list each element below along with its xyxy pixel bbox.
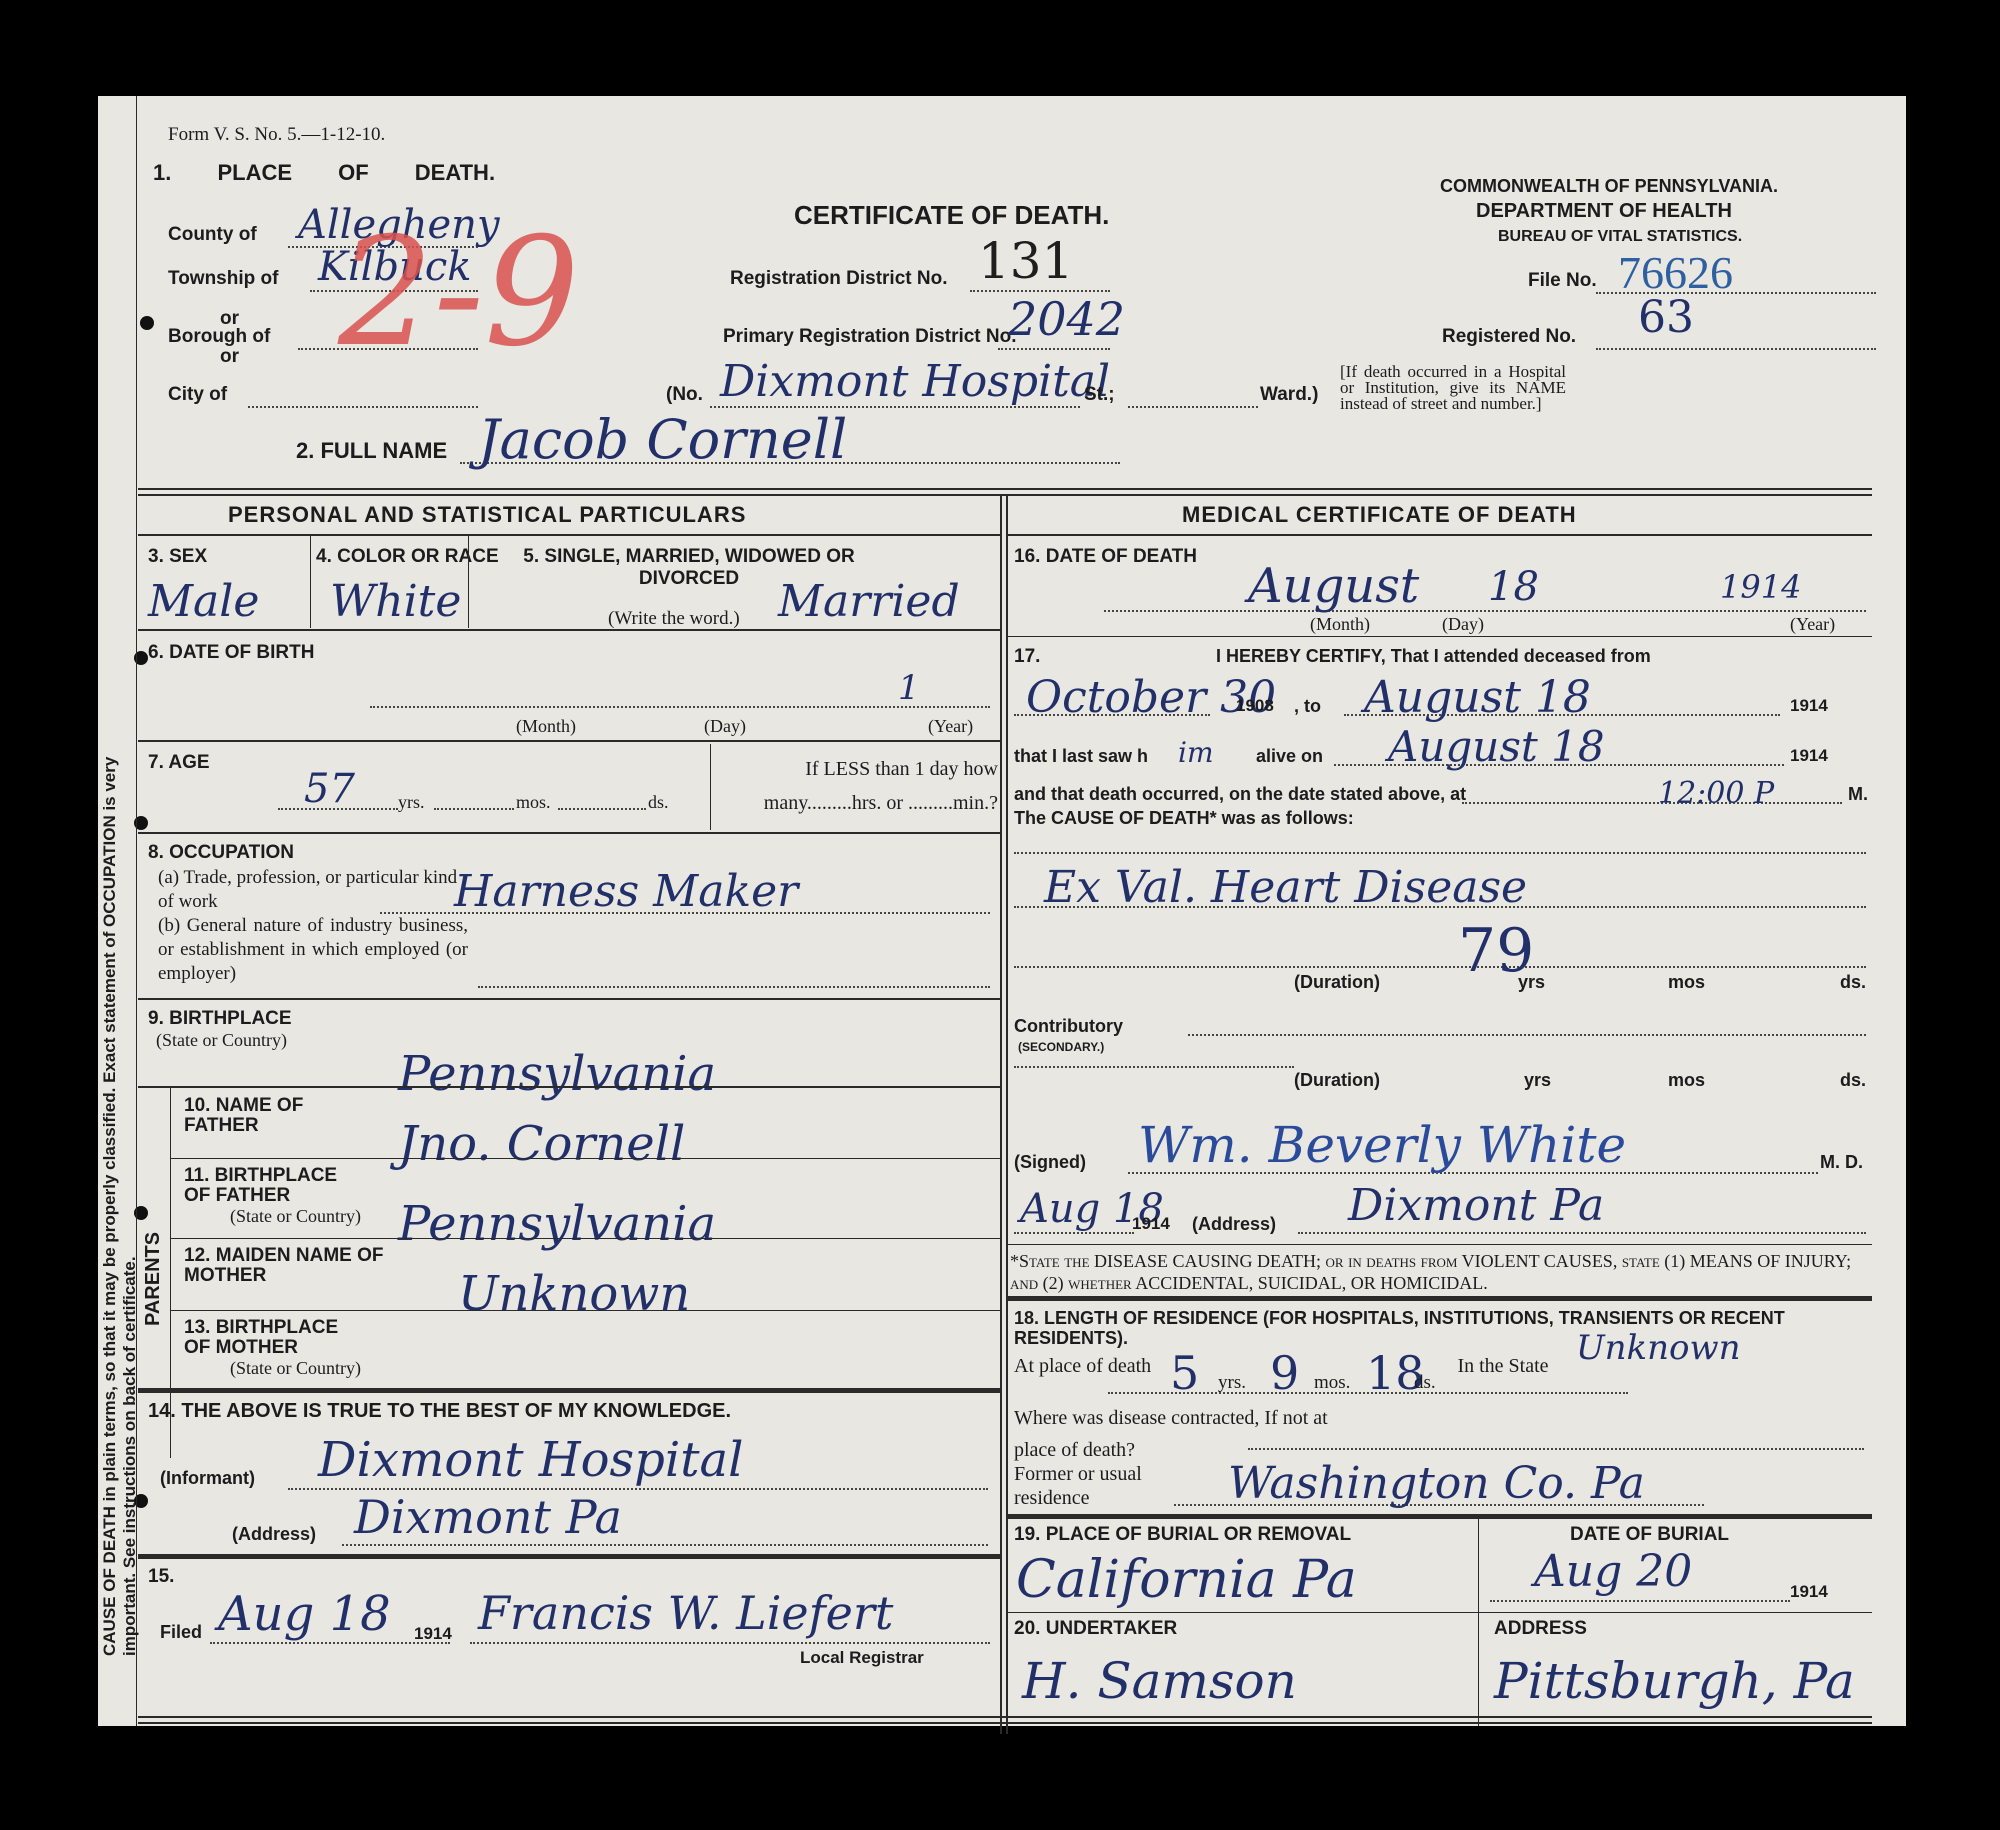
registration-district-value: 131	[978, 232, 1073, 290]
medical-section-title: MEDICAL CERTIFICATE OF DEATH	[1182, 502, 1577, 528]
burial-place-value: California Pa	[1016, 1550, 1357, 1610]
mother-maiden-value: Unknown	[458, 1266, 690, 1322]
ward-label: Ward.)	[1260, 384, 1318, 406]
file-no-label: File No.	[1528, 270, 1597, 292]
contributory-label: Contributory	[1014, 1016, 1123, 1037]
dob-day-label: (Day)	[704, 716, 746, 737]
burial-date-value: Aug 20	[1534, 1546, 1692, 1597]
dod-year-label: (Year)	[1790, 614, 1835, 635]
dod-month-label: (Month)	[1310, 614, 1370, 635]
full-name-label: 2. FULL NAME	[296, 438, 447, 464]
res-mos-label: mos.	[1314, 1372, 1350, 1394]
registrar-label: Local Registrar	[800, 1648, 924, 1668]
physician-signature: Wm. Beverly White	[1138, 1116, 1626, 1174]
sex-label: 3. SEX	[148, 546, 207, 568]
burial-date-label: DATE OF BURIAL	[1570, 1524, 1729, 1546]
informant-value: Dixmont Hospital	[318, 1432, 744, 1488]
last-saw-pronoun: im	[1178, 736, 1214, 769]
last-saw-year: 1914	[1790, 746, 1828, 766]
race-label: 4. COLOR OR RACE	[316, 546, 499, 568]
street-value: Dixmont Hospital	[720, 356, 1110, 407]
mother-maiden-label: 12. MAIDEN NAME OF MOTHER	[184, 1246, 384, 1286]
registered-no-label: Registered No.	[1442, 326, 1576, 348]
county-label: County of	[168, 224, 257, 246]
attended-to-year: 1914	[1790, 696, 1828, 716]
dod-label: 16. DATE OF DEATH	[1014, 546, 1197, 568]
duration2-mos-label: mos	[1668, 1070, 1705, 1091]
dod-month: August	[1248, 558, 1419, 614]
dod-day: 18	[1488, 564, 1539, 610]
marital-hint: (Write the word.)	[608, 608, 740, 630]
mother-birthplace-label: 13. BIRTHPLACE OF MOTHER	[184, 1318, 364, 1358]
duration2-label: (Duration)	[1294, 1070, 1380, 1091]
physician-address-label: (Address)	[1192, 1214, 1276, 1235]
marital-value: Married	[778, 576, 960, 627]
filed-date: Aug 18	[218, 1586, 391, 1642]
occupation-a-label: (a) Trade, profession, or particular kin…	[158, 866, 468, 914]
burial-year: 1914	[1790, 1582, 1828, 1602]
duration2-ds-label: ds.	[1840, 1070, 1866, 1091]
occupation-a-value: Harness Maker	[454, 866, 798, 917]
cert-number: 17.	[1014, 646, 1040, 668]
burial-label: 19. PLACE OF BURIAL OR REMOVAL	[1014, 1524, 1351, 1546]
full-name-value: Jacob Cornell	[478, 408, 847, 471]
borough-label: Borough of	[168, 326, 270, 348]
alive-on-label: alive on	[1256, 746, 1323, 767]
attended-from-year: 1908	[1236, 696, 1274, 716]
st-label: St.;	[1084, 384, 1115, 406]
issuer-line2: DEPARTMENT OF HEALTH	[1476, 200, 1732, 223]
less-than-day-note: If LESS than 1 day how many.........hrs.…	[718, 752, 998, 820]
res-ds-label: ds.	[1414, 1372, 1436, 1394]
to-label: , to	[1294, 696, 1321, 717]
last-saw-date: August 18	[1388, 722, 1605, 771]
contracted-label: Where was disease contracted, If not at …	[1014, 1402, 1354, 1466]
undertaker-label: 20. UNDERTAKER	[1014, 1618, 1177, 1640]
death-time-label: and that death occurred, on the date sta…	[1014, 784, 1466, 805]
father-birthplace-label: 11. BIRTHPLACE OF FATHER	[184, 1166, 364, 1206]
death-certificate-page: CAUSE OF DEATH in plain terms, so that i…	[98, 96, 1906, 1726]
or-label: or	[220, 346, 239, 368]
birthplace-hint: (State or Country)	[156, 1030, 287, 1051]
residence-label: 18. LENGTH OF RESIDENCE (FOR HOSPITALS, …	[1014, 1308, 1870, 1348]
primary-registration-value: 2042	[1008, 292, 1125, 346]
duration-label: (Duration)	[1294, 972, 1380, 993]
duration-yrs-label: yrs	[1518, 972, 1545, 993]
undertaker-value: H. Samson	[1022, 1652, 1297, 1710]
death-time-value: 12:00 P	[1658, 776, 1774, 811]
form-number: Form V. S. No. 5.—1-12-10.	[168, 124, 385, 146]
filed-label: Filed	[160, 1622, 202, 1643]
duration2-yrs-label: yrs	[1524, 1070, 1551, 1091]
sex-value: Male	[148, 576, 259, 627]
birthplace-label: 9. BIRTHPLACE	[148, 1008, 292, 1030]
signed-label: (Signed)	[1014, 1152, 1086, 1173]
secondary-label: (SECONDARY.)	[1018, 1040, 1104, 1054]
age-years: 57	[304, 766, 355, 812]
former-residence-value: Washington Co. Pa	[1228, 1458, 1645, 1509]
dod-day-label: (Day)	[1442, 614, 1484, 635]
red-pencil-mark: 2-9	[338, 206, 580, 380]
in-state-label: In the State	[1448, 1354, 1558, 1378]
city-label: City of	[168, 384, 227, 406]
cause-footnote: *State the DISEASE CAUSING DEATH; or in …	[1010, 1250, 1872, 1294]
death-time-suffix: M.	[1848, 784, 1868, 805]
knowledge-label: 14. THE ABOVE IS TRUE TO THE BEST OF MY …	[148, 1400, 731, 1423]
dob-label: 6. DATE OF BIRTH	[148, 642, 314, 664]
father-name-label: 10. NAME OF FATHER	[184, 1096, 334, 1136]
former-residence-label: Former or usual residence	[1014, 1462, 1164, 1510]
issuer-line1: COMMONWEALTH OF PENNSYLVANIA.	[1440, 176, 1778, 197]
md-label: M. D.	[1820, 1152, 1863, 1173]
occupation-label: 8. OCCUPATION	[148, 842, 294, 864]
informant-label: (Informant)	[160, 1468, 255, 1489]
personal-section-title: PERSONAL AND STATISTICAL PARTICULARS	[228, 502, 746, 528]
last-saw-label: that I last saw h	[1014, 746, 1148, 767]
at-place-label: At place of death	[1014, 1354, 1164, 1378]
cause-label: The CAUSE OF DEATH* was as follows:	[1014, 808, 1354, 829]
dob-year-label: (Year)	[928, 716, 973, 737]
dod-year: 1914	[1720, 568, 1801, 606]
side-note-line1: CAUSE OF DEATH in plain terms, so that i…	[100, 757, 120, 1656]
father-birthplace-value: Pennsylvania	[398, 1196, 716, 1252]
hospital-note: [If death occurred in a Hospital or Inst…	[1340, 364, 1566, 412]
informant-address-value: Dixmont Pa	[354, 1490, 622, 1544]
yrs-label: yrs.	[398, 792, 425, 813]
punch-hole	[140, 316, 154, 330]
primary-registration-label: Primary Registration District No.	[723, 326, 1017, 348]
duration-mos-label: mos	[1668, 972, 1705, 993]
informant-address-label: (Address)	[232, 1524, 316, 1545]
cert-text: I HEREBY CERTIFY, That I attended deceas…	[1216, 646, 1651, 667]
place-of-death-label: 1. PLACE OF DEATH.	[153, 160, 495, 186]
undertaker-address-label: ADDRESS	[1494, 1618, 1587, 1640]
birthplace-value: Pennsylvania	[398, 1046, 716, 1102]
mother-birthplace-hint: (State or Country)	[230, 1358, 361, 1379]
issuer-line3: BUREAU OF VITAL STATISTICS.	[1498, 228, 1742, 246]
attended-to: August 18	[1364, 672, 1591, 723]
physician-address-value: Dixmont Pa	[1348, 1180, 1604, 1231]
undertaker-address-value: Pittsburgh, Pa	[1494, 1652, 1855, 1710]
ds-label: ds.	[648, 792, 669, 813]
registrar-signature: Francis W. Liefert	[478, 1586, 893, 1640]
father-name-value: Jno. Cornell	[398, 1116, 685, 1172]
dob-month-label: (Month)	[516, 716, 576, 737]
in-state-value: Unknown	[1576, 1328, 1741, 1368]
filed-number: 15.	[148, 1566, 174, 1588]
occupation-b-label: (b) General nature of industry business,…	[158, 914, 468, 986]
certificate-title: CERTIFICATE OF DEATH.	[794, 200, 1109, 231]
residence-months: 9	[1270, 1346, 1299, 1400]
age-label: 7. AGE	[148, 752, 210, 774]
res-yrs-label: yrs.	[1218, 1372, 1246, 1394]
registered-no-value: 63	[1638, 292, 1694, 343]
residence-years: 5	[1170, 1346, 1199, 1400]
street-no-label: (No.	[666, 384, 703, 406]
father-birthplace-hint: (State or Country)	[230, 1206, 361, 1227]
side-note-line2: important. See instructions on back of c…	[120, 1256, 140, 1656]
signed-year: 1914	[1132, 1214, 1170, 1234]
parents-label: PARENTS	[142, 1232, 165, 1326]
township-label: Township of	[168, 268, 278, 290]
mos-label: mos.	[516, 792, 551, 813]
registration-district-label: Registration District No.	[730, 268, 947, 290]
filed-year: 1914	[414, 1624, 452, 1644]
dob-value: 1	[898, 668, 920, 708]
race-value: White	[330, 576, 461, 627]
duration-ds-label: ds.	[1840, 972, 1866, 993]
